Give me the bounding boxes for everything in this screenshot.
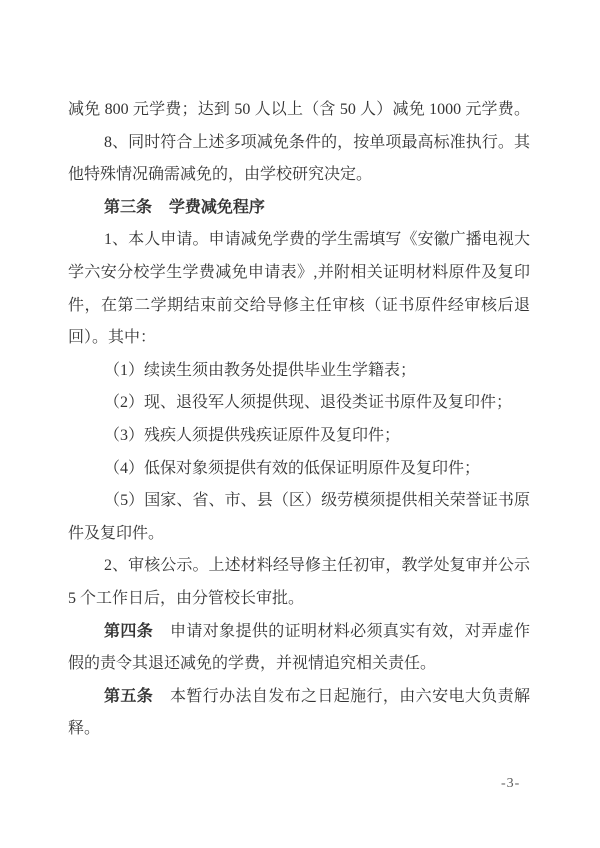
text-line: 8、同时符合上述多项减免条件的，按单项最高标准执行。其 [68, 127, 530, 160]
text-line: 回）。其中： [68, 322, 530, 355]
line-text: （3）残疾人须提供残疾证原件及复印件； [104, 427, 400, 444]
line-text: 申请对象提供的证明材料必须真实有效，对弄虚作 [170, 623, 530, 640]
text-line: 第四条申请对象提供的证明材料必须真实有效，对弄虚作 [68, 616, 530, 649]
line-text: （4）低保对象须提供有效的低保证明原件及复印件； [104, 460, 480, 477]
text-line: 假的责令其退还减免的学费，并视情追究相关责任。 [68, 648, 530, 681]
article-label: 第三条 [104, 199, 152, 216]
line-text: 学六安分校学生学费减免申请表》,并附相关证明材料原件及复印 [68, 264, 530, 281]
line-text: 回）。其中： [68, 329, 156, 346]
article-label: 第五条 [104, 688, 153, 705]
text-line: （3）残疾人须提供残疾证原件及复印件； [68, 420, 530, 453]
document-page: 减免 800 元学费；达到 50 人以上（含 50 人）减免 1000 元学费。… [0, 0, 600, 848]
line-text: 2、审核公示。上述材料经导修主任初审，教学处复审并公示 [104, 557, 530, 574]
text-line: （5）国家、省、市、县（区）级劳模须提供相关荣誉证书原 [68, 485, 530, 518]
line-text: 件，在第二学期结束前交给导修主任审核（证书原件经审核后退 [68, 297, 530, 314]
text-line: （4）低保对象须提供有效的低保证明原件及复印件； [68, 453, 530, 486]
text-line: 件及复印件。 [68, 518, 530, 551]
text-line: 件，在第二学期结束前交给导修主任审核（证书原件经审核后退 [68, 290, 530, 323]
article-label: 第四条 [104, 623, 153, 640]
text-line: 他特殊情况确需减免的，由学校研究决定。 [68, 159, 530, 192]
line-text: （1）续读生须由教务处提供毕业生学籍表； [104, 362, 416, 379]
line-text: （2）现、退役军人须提供现、退役类证书原件及复印件； [104, 394, 512, 411]
line-text: 学费减免程序 [169, 199, 265, 216]
text-line: 2、审核公示。上述材料经导修主任初审，教学处复审并公示 [68, 550, 530, 583]
text-line: 5 个工作日后，由分管校长审批。 [68, 583, 530, 616]
line-text: 8、同时符合上述多项减免条件的，按单项最高标准执行。其 [104, 134, 530, 151]
text-line: （1）续读生须由教务处提供毕业生学籍表； [68, 355, 530, 388]
line-text: 假的责令其退还减免的学费，并视情追究相关责任。 [68, 655, 436, 672]
text-line: 1、本人申请。申请减免学费的学生需填写《安徽广播电视大 [68, 224, 530, 257]
text-line: 第三条学费减免程序 [68, 192, 530, 225]
page-number: -3- [501, 774, 520, 794]
line-text: 1、本人申请。申请减免学费的学生需填写《安徽广播电视大 [104, 231, 530, 248]
text-line: （2）现、退役军人须提供现、退役类证书原件及复印件； [68, 387, 530, 420]
text-line: 释。 [68, 713, 530, 746]
line-text: 他特殊情况确需减免的，由学校研究决定。 [68, 166, 372, 183]
line-text: 释。 [68, 720, 100, 737]
text-line: 第五条本暂行办法自发布之日起施行，由六安电大负责解 [68, 681, 530, 714]
text-line: 减免 800 元学费；达到 50 人以上（含 50 人）减免 1000 元学费。 [68, 94, 530, 127]
document-body: 减免 800 元学费；达到 50 人以上（含 50 人）减免 1000 元学费。… [68, 94, 530, 746]
line-text: 减免 800 元学费；达到 50 人以上（含 50 人）减免 1000 元学费。 [68, 101, 530, 118]
line-text: （5）国家、省、市、县（区）级劳模须提供相关荣誉证书原 [104, 492, 530, 509]
line-text: 5 个工作日后，由分管校长审批。 [68, 590, 304, 607]
text-line: 学六安分校学生学费减免申请表》,并附相关证明材料原件及复印 [68, 257, 530, 290]
line-text: 本暂行办法自发布之日起施行，由六安电大负责解 [170, 688, 530, 705]
line-text: 件及复印件。 [68, 525, 164, 542]
